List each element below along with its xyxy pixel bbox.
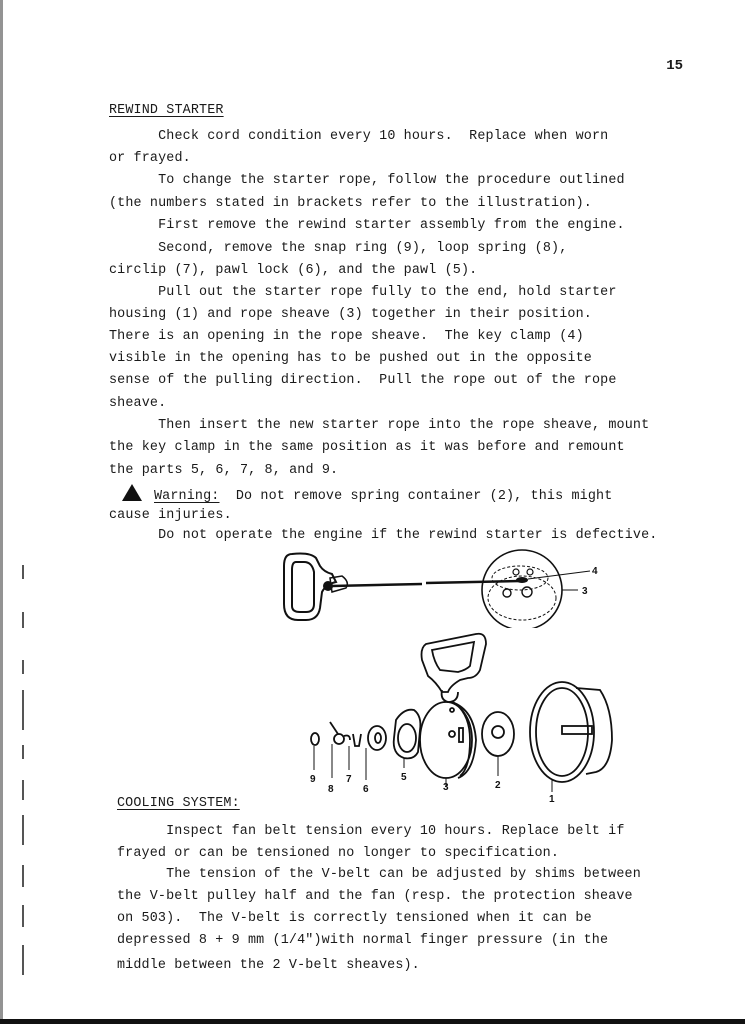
text-line: Do not operate the engine if the rewind … xyxy=(109,528,657,544)
text-line: sheave. xyxy=(109,396,166,412)
margin-mark xyxy=(22,780,24,800)
text-line: the key clamp in the same position as it… xyxy=(109,440,625,456)
warning-text: Do not remove spring container (2), this… xyxy=(220,489,613,504)
exploded-view-illustration: 9 8 7 6 5 3 2 1 xyxy=(300,630,630,805)
text-line: To change the starter rope, follow the p… xyxy=(109,173,625,189)
text-line: or frayed. xyxy=(109,151,191,167)
margin-mark xyxy=(22,565,24,579)
callout-8: 8 xyxy=(328,784,334,795)
rope-sheave-top-view-illustration: 4 3 xyxy=(270,548,610,628)
text-line: on 503). The V-belt is correctly tension… xyxy=(117,911,592,927)
callout-3: 3 xyxy=(443,782,449,793)
margin-mark xyxy=(22,815,24,845)
text-line: the parts 5, 6, 7, 8, and 9. xyxy=(109,463,338,479)
callout-9: 9 xyxy=(310,774,316,785)
callout-5: 5 xyxy=(401,772,407,783)
warning-triangle-icon xyxy=(122,484,142,501)
margin-mark xyxy=(22,905,24,927)
text-line: cause injuries. xyxy=(109,508,232,524)
text-line: First remove the rewind starter assembly… xyxy=(109,218,625,234)
callout-4: 4 xyxy=(592,566,598,577)
margin-mark xyxy=(22,865,24,887)
text-line: There is an opening in the rope sheave. … xyxy=(109,329,584,345)
text-line: sense of the pulling direction. Pull the… xyxy=(109,373,617,389)
warning-label: Warning: xyxy=(154,489,220,504)
text-line: Pull out the starter rope fully to the e… xyxy=(109,285,617,301)
text-line: the V-belt pulley half and the fan (resp… xyxy=(117,889,633,905)
section-heading-cooling-system: COOLING SYSTEM: xyxy=(117,796,240,812)
margin-mark xyxy=(22,660,24,674)
callout-2: 2 xyxy=(495,780,501,791)
text-line: Second, remove the snap ring (9), loop s… xyxy=(109,241,567,257)
callout-3: 3 xyxy=(582,586,588,597)
text-line: middle between the 2 V-belt sheaves). xyxy=(117,958,420,974)
margin-mark xyxy=(22,612,24,628)
text-line: The tension of the V-belt can be adjuste… xyxy=(117,867,641,883)
margin-mark xyxy=(22,690,24,730)
callout-1: 1 xyxy=(549,794,555,805)
text-line: Then insert the new starter rope into th… xyxy=(109,418,649,434)
callout-6: 6 xyxy=(363,784,369,795)
scan-edge-left xyxy=(0,0,3,1024)
text-line: visible in the opening has to be pushed … xyxy=(109,351,592,367)
scan-edge-bottom xyxy=(0,1019,745,1024)
text-line: frayed or can be tensioned no longer to … xyxy=(117,846,559,862)
text-line: housing (1) and rope sheave (3) together… xyxy=(109,307,592,323)
text-line: circlip (7), pawl lock (6), and the pawl… xyxy=(109,263,477,279)
margin-mark xyxy=(22,945,24,975)
section-heading-rewind-starter: REWIND STARTER xyxy=(109,103,224,119)
page-number: 15 xyxy=(666,58,683,74)
text-line: Check cord condition every 10 hours. Rep… xyxy=(109,129,608,145)
warning-line: Warning: Do not remove spring container … xyxy=(122,484,612,505)
text-line: (the numbers stated in brackets refer to… xyxy=(109,196,592,212)
text-line: depressed 8 + 9 mm (1/4")with normal fin… xyxy=(117,933,608,949)
callout-7: 7 xyxy=(346,774,352,785)
margin-mark xyxy=(22,745,24,759)
text-line: Inspect fan belt tension every 10 hours.… xyxy=(117,824,625,840)
